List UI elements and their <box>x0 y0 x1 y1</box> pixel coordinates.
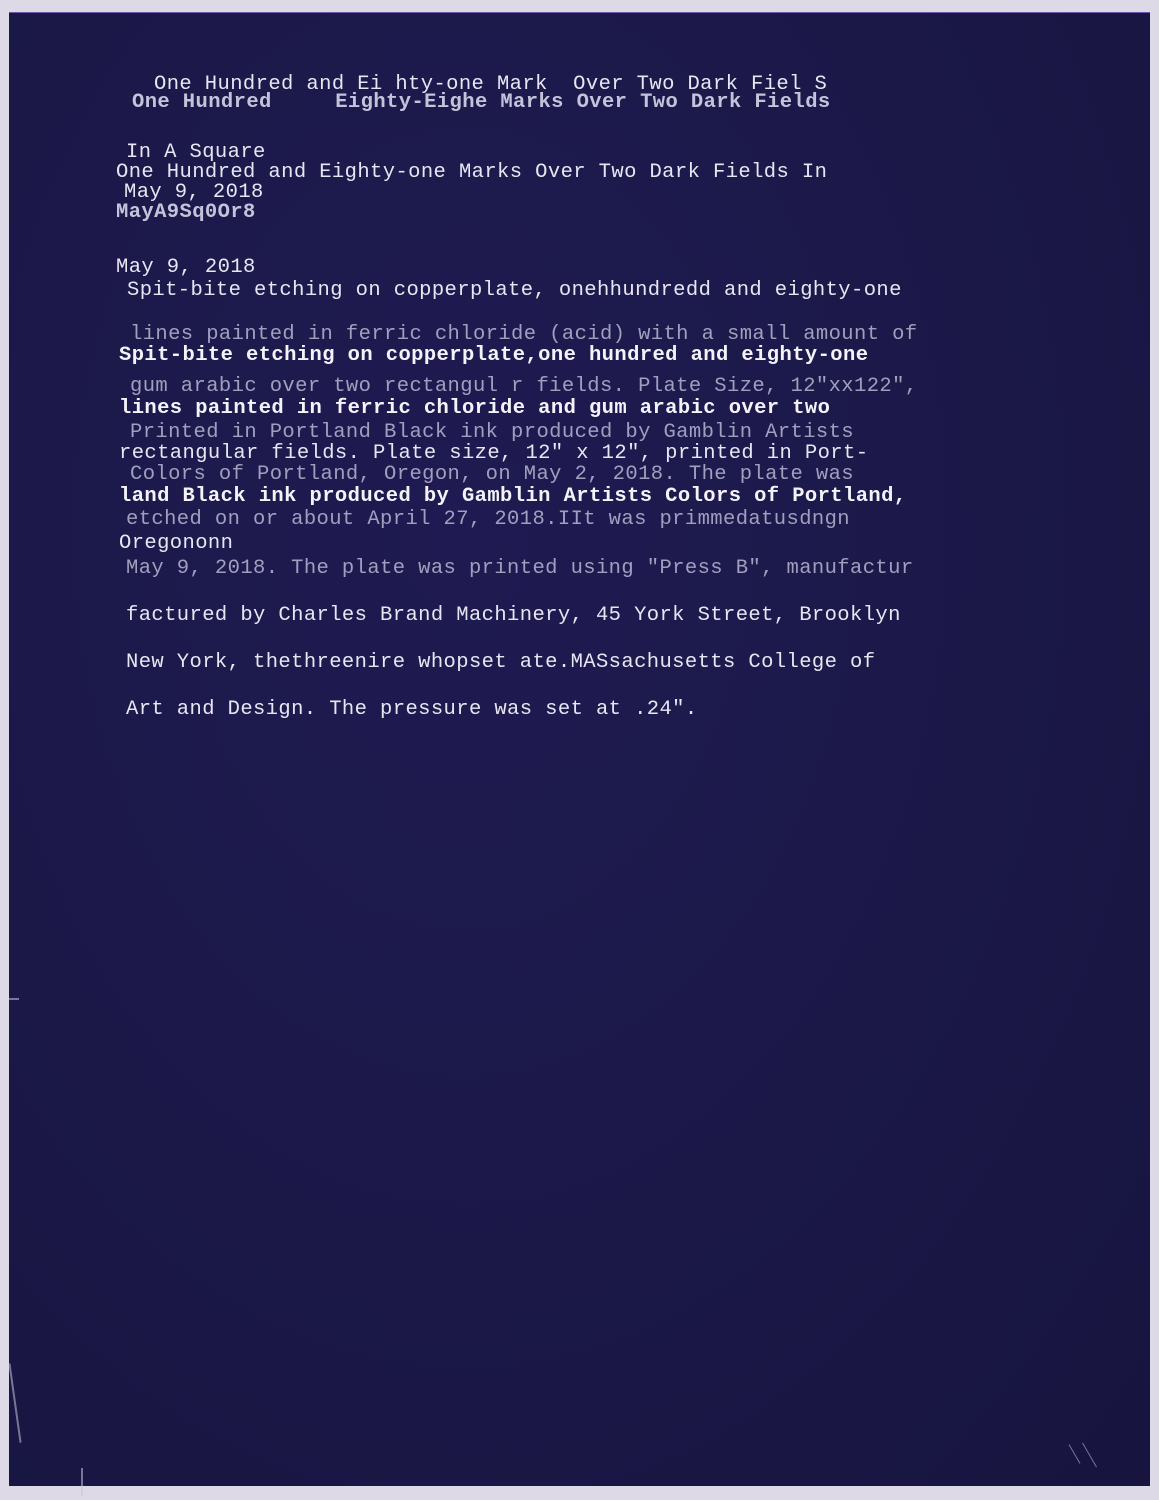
body-line: lines painted in ferric chloride (acid) … <box>130 325 918 346</box>
body-line: Colors of Portland, Oregon, on May 2, 20… <box>130 465 854 486</box>
body-line: factured by Charles Brand Machinery, 45 … <box>126 606 901 627</box>
body-line: land Black ink produced by Gamblin Artis… <box>119 487 907 508</box>
body-line: gum arabic over two rectangul r fields. … <box>130 377 918 398</box>
body-line: Printed in Portland Black ink produced b… <box>130 423 854 444</box>
scan-scratch <box>1082 1443 1097 1468</box>
body-line: lines painted in ferric chloride and gum… <box>119 399 830 420</box>
body-line: New York, thethreenire whopset ate.MASsa… <box>126 653 875 674</box>
scan-scratch <box>9 998 19 1000</box>
body-line: May 9, 2018. The plate was printed using… <box>126 559 914 580</box>
body-line: Spit-bite etching on copperplate, onehhu… <box>127 281 902 302</box>
body-line: Art and Design. The pressure was set at … <box>126 700 698 721</box>
scan-scratch <box>81 1468 83 1496</box>
scanned-page: One Hundred and Ei hty-one Mark Over Two… <box>9 13 1150 1486</box>
title-line-2-overtyped: One Hundred Eighty-Eighe Marks Over Two … <box>132 93 831 114</box>
date-line: May 9, 2018 <box>116 258 256 279</box>
body-line: rectangular fields. Plate size, 12" x 12… <box>119 444 868 465</box>
scan-scratch <box>8 1363 21 1442</box>
body-line: Oregononn <box>119 534 233 555</box>
scan-scratch <box>1069 1444 1081 1464</box>
body-line: etched on or about April 27, 2018.IIt wa… <box>126 510 850 531</box>
body-line: Spit-bite etching on copperplate,one hun… <box>119 346 868 367</box>
title-date-overtyped: MayA9Sq0Or8 <box>116 203 256 224</box>
